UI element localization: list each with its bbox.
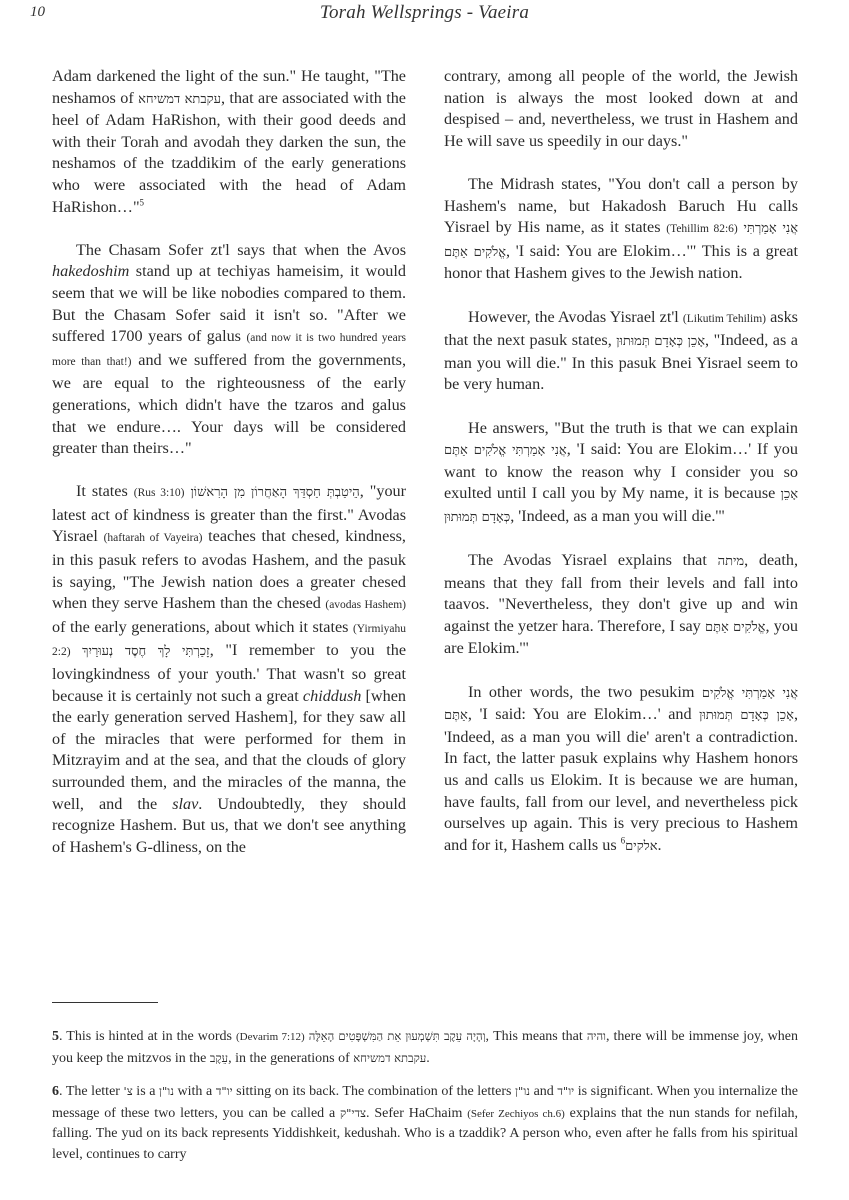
right-column: contrary, among all people of the world,… [444, 66, 798, 879]
hebrew-text: אֲנִי אָמַרְתִּי אֱלֹקִים אַתֶּם [444, 443, 567, 458]
hebrew-text: וְהָיָה עֵקֶב תִּשְׁמְעוּן אֵת הַמִּשְׁפ… [309, 1029, 486, 1043]
footnote-number: 5 [52, 1029, 59, 1044]
text: , This means that [486, 1029, 587, 1044]
source-reference: (Rus 3:10) [134, 487, 185, 499]
text: , in the generations of [228, 1051, 353, 1066]
text: with a [174, 1084, 216, 1099]
footnote-6: 6. The letter צ' is a נו"ן with a יו"ד s… [52, 1081, 798, 1165]
text: In other words, the two pesukim [468, 683, 702, 701]
italic-term: chiddush [303, 687, 361, 705]
footnotes: 5. This is hinted at in the words (Devar… [52, 1026, 798, 1178]
paragraph: contrary, among all people of the world,… [444, 66, 798, 152]
hebrew-text: אֱלֹקִים אַתֶּם [705, 620, 766, 635]
source-reference: (Sefer Zechiyos ch.6) [467, 1108, 565, 1120]
source-reference: (Tehillim 82:6) [666, 223, 737, 235]
text: . Sefer HaChaim [366, 1106, 467, 1121]
paragraph: It states (Rus 3:10) הֵיטַבְתְּ חַסְדֵּך… [52, 481, 406, 858]
hebrew-text: יו"ד [557, 1084, 574, 1098]
page-header: 10 Torah Wellsprings - Vaeira [0, 0, 849, 40]
hebrew-text: אָכֵן כְּאָדָם תְּמוּתוּן [699, 708, 794, 723]
hebrew-text: והיה [587, 1029, 606, 1043]
text: It states [76, 482, 134, 500]
running-title: Torah Wellsprings - Vaeira [0, 2, 849, 24]
hebrew-text: יו"ד [216, 1084, 233, 1098]
paragraph: However, the Avodas Yisrael zt'l (Likuti… [444, 307, 798, 396]
text: , that are associated with the heel of A… [52, 89, 406, 216]
text: He answers, "But the truth is that we ca… [468, 419, 798, 437]
text: is a [133, 1084, 159, 1099]
hebrew-text: עקבתא דמשיחא [138, 92, 221, 107]
text: contrary, among all people of the world,… [444, 67, 798, 150]
source-reference: (avodas Hashem) [325, 599, 406, 611]
italic-term: hakedoshim [52, 262, 129, 280]
paragraph: Adam darkened the light of the sun." He … [52, 66, 406, 218]
paragraph: The Avodas Yisrael explains that מיתה, d… [444, 550, 798, 660]
footnote-5: 5. This is hinted at in the words (Devar… [52, 1026, 798, 1069]
text: , 'I said: You are Elokim…' and [468, 705, 699, 723]
text: sitting on its back. The combination of … [233, 1084, 516, 1099]
text: The Avodas Yisrael explains that [468, 551, 718, 569]
hebrew-text: צדי"ק [340, 1106, 366, 1120]
hebrew-text: נו"ן [159, 1084, 174, 1098]
paragraph: The Midrash states, "You don't call a pe… [444, 174, 798, 285]
footnote-marker[interactable]: 5 [140, 197, 145, 207]
paragraph: He answers, "But the truth is that we ca… [444, 418, 798, 529]
left-column: Adam darkened the light of the sun." He … [52, 66, 406, 880]
source-reference: (Likutim Tehilim) [683, 313, 766, 325]
source-reference: (haftarah of Vayeira) [104, 532, 203, 544]
text: , 'Indeed, as a man you will die' aren't… [444, 705, 798, 854]
hebrew-text: עֵקֶב [210, 1051, 228, 1065]
text: . [426, 1051, 430, 1066]
text: . This is hinted at in the words [59, 1029, 236, 1044]
hebrew-text: הֵיטַבְתְּ חַסְדֵּךְ הָאַחֲרוֹן מִן הָרִ… [190, 485, 359, 500]
footnote-number: 6 [52, 1084, 59, 1099]
text: . The letter [59, 1084, 124, 1099]
footnote-divider [52, 1002, 158, 1003]
hebrew-text: אלקים [625, 839, 657, 854]
text: , 'Indeed, as a man you will die.'" [510, 507, 725, 525]
hebrew-text: אָכֵן כְּאָדָם תְּמוּתוּן [616, 334, 705, 349]
source-reference: (Devarim 7:12) [236, 1031, 305, 1043]
hebrew-text: עקבתא דמשיחא [353, 1051, 426, 1065]
text: of the early generations, about which it… [52, 618, 353, 636]
paragraph: The Chasam Sofer zt'l says that when the… [52, 240, 406, 460]
paragraph: In other words, the two pesukim אֲנִי אָ… [444, 682, 798, 858]
hebrew-text: צ' [124, 1084, 133, 1098]
text: and [530, 1084, 557, 1099]
text: . [658, 836, 662, 854]
hebrew-text: נו"ן [515, 1084, 530, 1098]
hebrew-text: מיתה [718, 554, 745, 569]
hebrew-text: זָכַרְתִּי לָךְ חֶסֶד נְעוּרַיִךְ [82, 644, 210, 659]
italic-term: slav [172, 795, 198, 813]
text: The Chasam Sofer zt'l says that when the… [76, 241, 406, 259]
text: However, the Avodas Yisrael zt'l [468, 308, 683, 326]
